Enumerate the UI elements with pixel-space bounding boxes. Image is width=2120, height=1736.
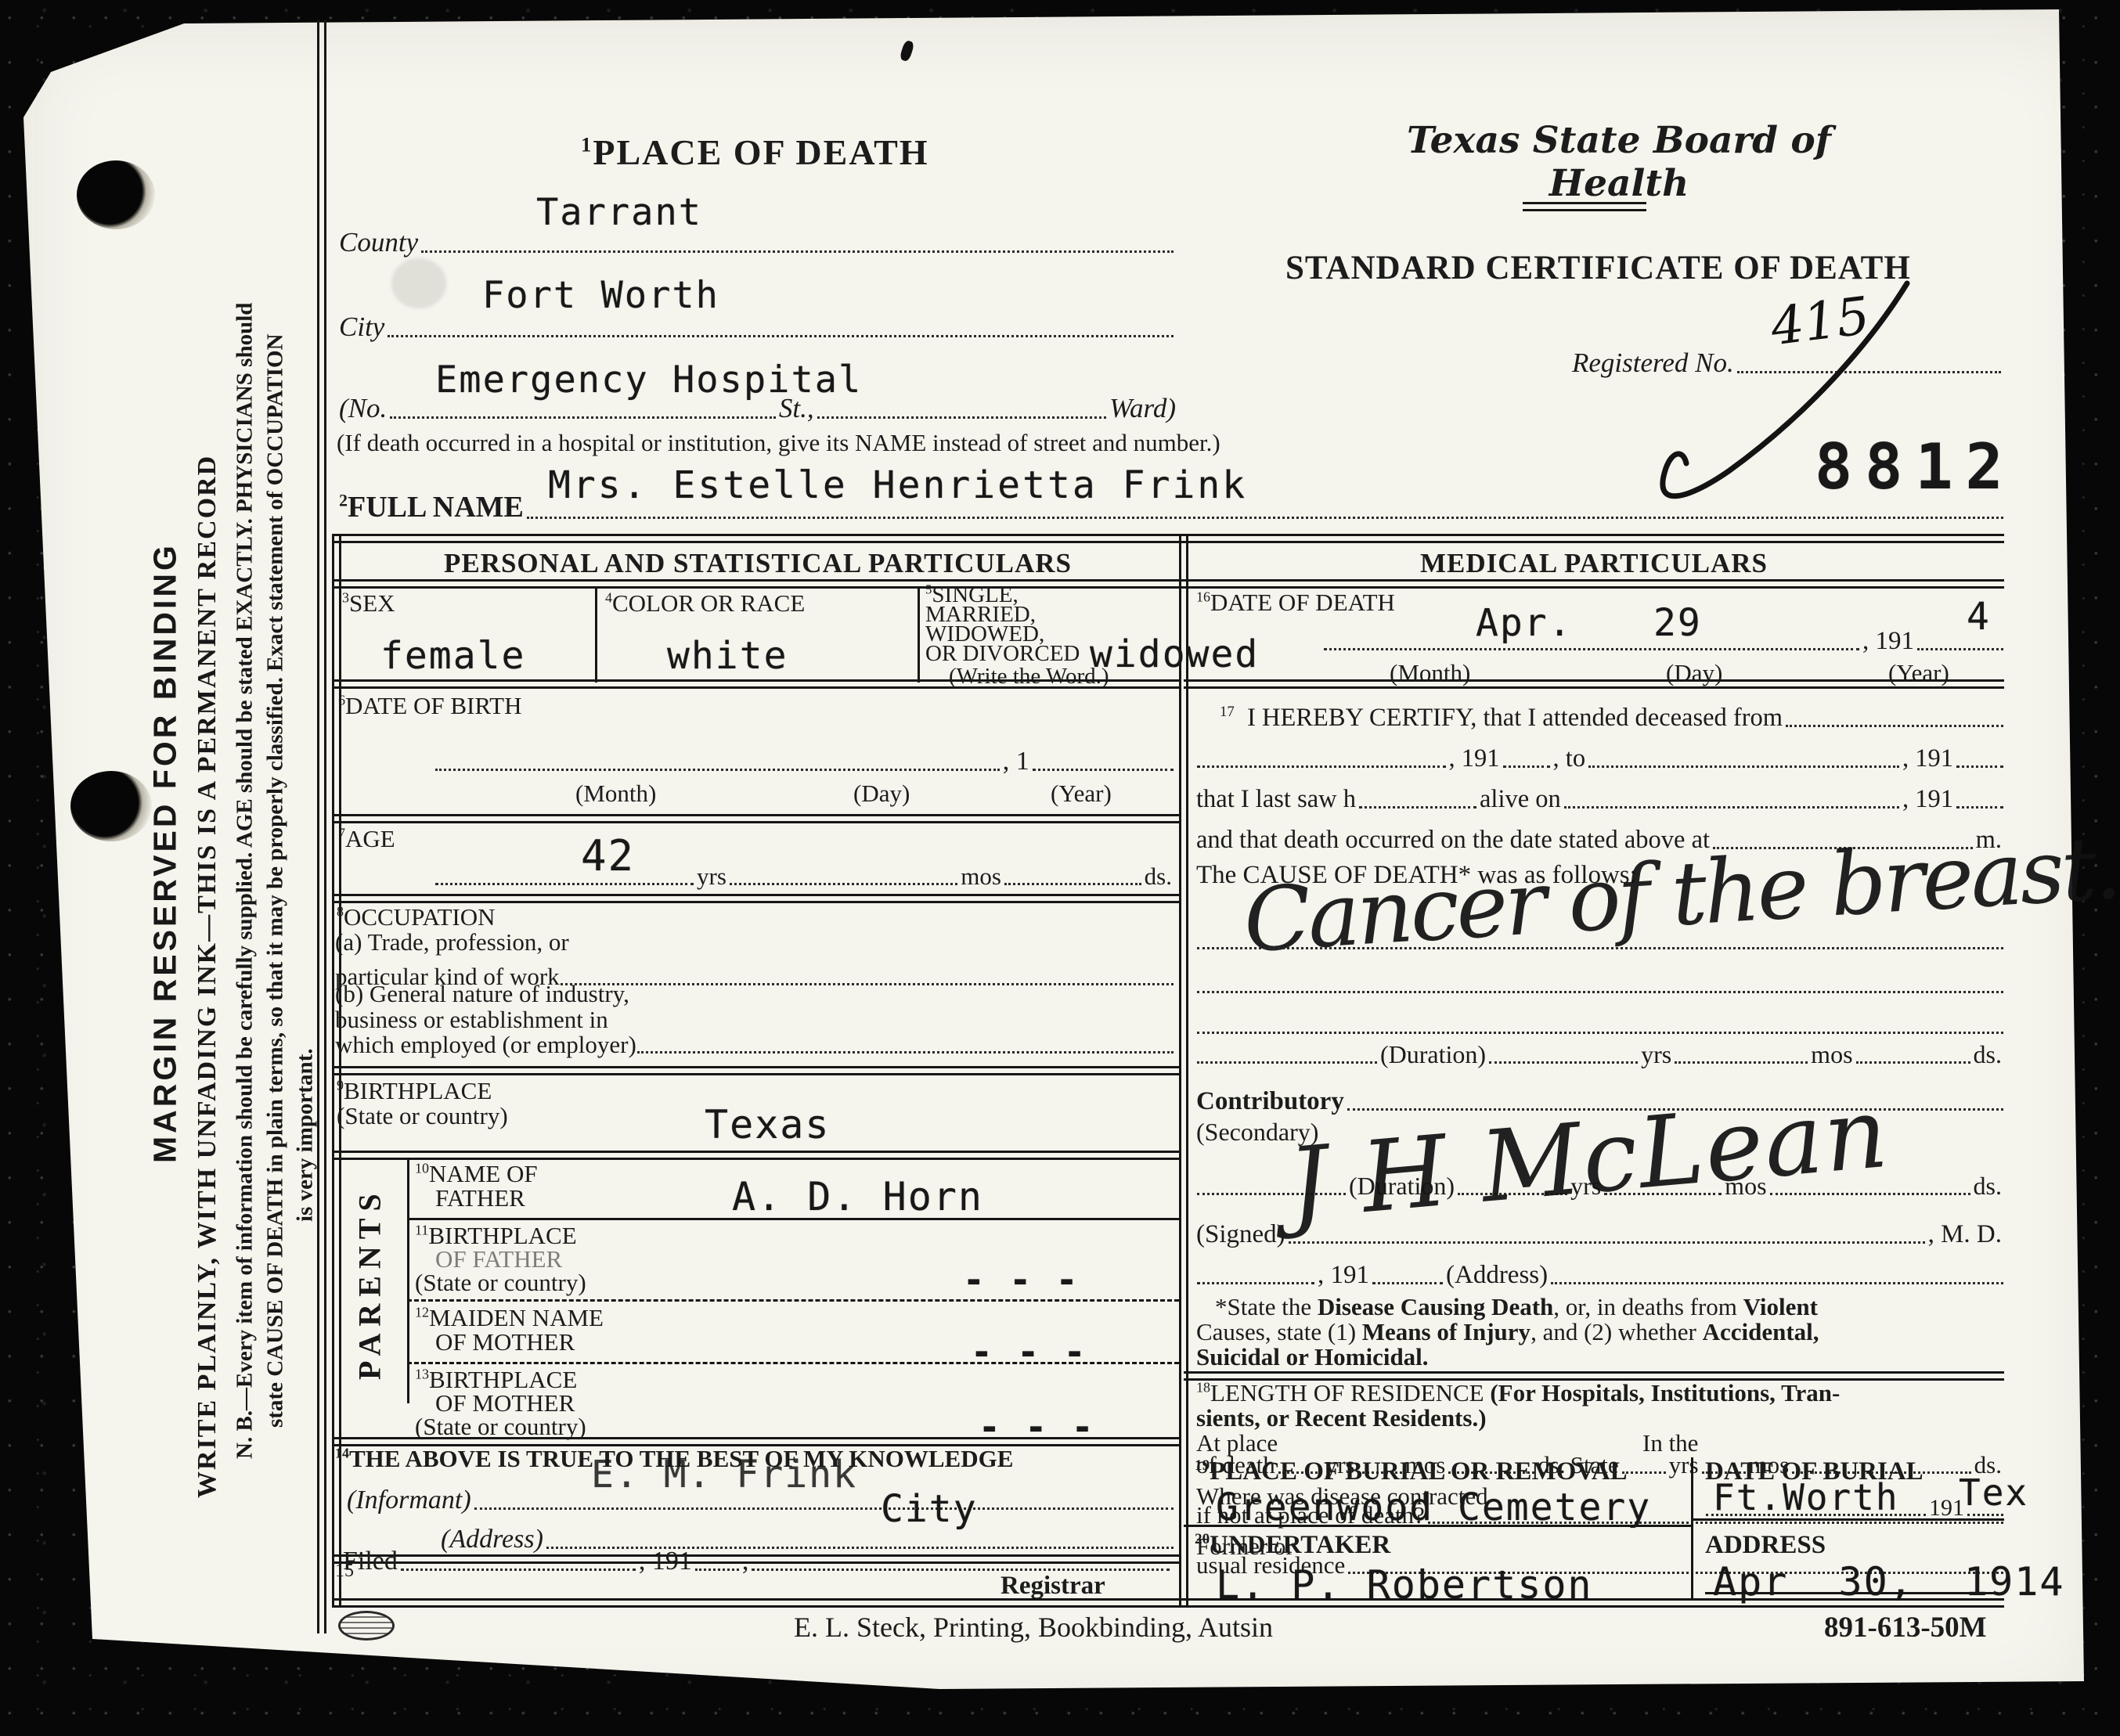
burial-place-label: 19PLACE OF BURIAL OR REMOVAL	[1195, 1457, 1628, 1486]
printer-credit: E. L. Steck, Printing, Bookbinding, Auts…	[548, 1611, 1519, 1644]
undertaker-value: L. P. Robertson	[1216, 1562, 1593, 1608]
rule	[1184, 1525, 1691, 1527]
burial-place-value: Greenwood Cemetery	[1216, 1486, 1651, 1529]
burial-date-divider	[1691, 1457, 1693, 1598]
burial-date-line: 191	[1705, 1487, 2004, 1522]
burial-date-value: Apr 30, 1914	[1713, 1559, 2064, 1605]
undertaker-label: 20UNDERTAKER	[1195, 1531, 1390, 1560]
dotted-line	[1706, 1514, 1926, 1516]
undertaker-address-label: ADDRESS	[1705, 1531, 1826, 1560]
union-printer-stamp	[338, 1611, 395, 1641]
dotted-line	[1967, 1514, 2003, 1516]
rule	[1705, 1592, 1998, 1594]
rule	[1691, 1518, 2004, 1521]
form-code: 891-613-50M	[1824, 1611, 1987, 1644]
